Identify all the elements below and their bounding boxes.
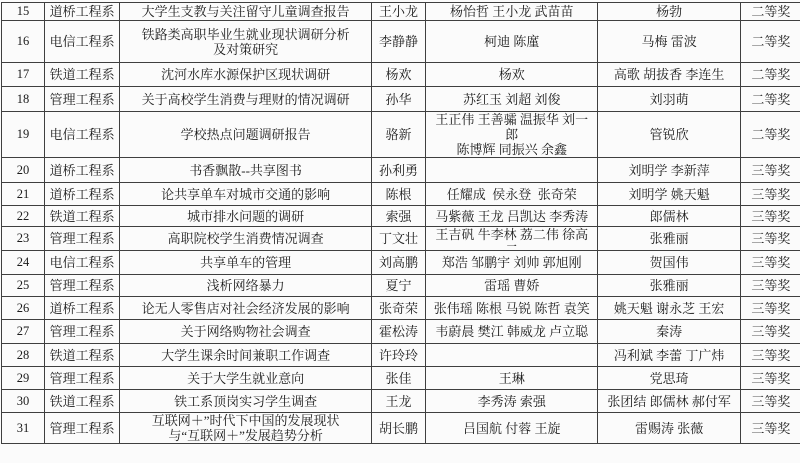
awards-table: 15道桥工程系大学生支教与关注留守儿童调查报告王小龙杨怡哲 王小龙 武苗苗杨勃二… (1, 2, 800, 444)
cell-members-text: 杨怡哲 王小龙 武苗苗 (450, 4, 574, 19)
cell-members: 张伟瑶 陈根 马锐 陈哲 袁笑 (426, 297, 598, 320)
cell-members-text: 王吉矾 牛李林 荔二伟 徐高 二 (435, 227, 588, 248)
cell-leader: 孙利勇 (371, 158, 425, 183)
cell-award-text: 二等奖 (751, 67, 790, 82)
cell-project-title: 浅析网络暴力 (120, 275, 372, 297)
cell-leader-text: 索强 (385, 209, 411, 224)
cell-award: 三等奖 (740, 390, 800, 413)
cell-leader-text: 刘高鹏 (379, 255, 418, 270)
cell-advisors: 刘羽萌 (598, 87, 740, 112)
cell-award: 三等奖 (740, 344, 800, 367)
cell-project-title: 论共享单车对城市交通的影响 (120, 183, 372, 206)
cell-department-text: 道桥工程系 (50, 163, 115, 178)
table-row: 16电信工程系铁路类高职毕业生就业现状调研分析 及对策研究李静静柯迪 陈廑马梅 … (2, 21, 800, 63)
table-row: 18管理工程系关于高校学生消费与理财的情况调研孙华苏红玉 刘超 刘俊刘羽萌二等奖 (2, 87, 800, 112)
cell-leader-text: 陈根 (385, 187, 411, 202)
cell-award-text: 三等奖 (751, 231, 790, 246)
cell-members: 王吉矾 牛李林 荔二伟 徐高 二 (426, 227, 598, 251)
cell-project-title-text: 论无人零售店对社会经济发展的影响 (142, 301, 350, 316)
cell-members: 李秀涛 索强 (426, 390, 598, 413)
cell-award: 三等奖 (740, 275, 800, 297)
cell-members: 雷瑶 曹娇 (426, 275, 598, 297)
cell-leader-text: 张佳 (385, 371, 411, 386)
cell-members: 杨怡哲 王小龙 武苗苗 (426, 3, 598, 21)
cell-leader-text: 胡长鹏 (379, 421, 418, 436)
cell-number-text: 16 (17, 34, 30, 48)
cell-award-text: 三等奖 (751, 187, 790, 202)
cell-number-text: 24 (17, 255, 30, 269)
table-row: 30铁道工程系铁工系顶岗实习学生调查王龙李秀涛 索强张团结 郎儒林 郝付军三等奖 (2, 390, 800, 413)
cell-number-text: 21 (17, 187, 30, 201)
cell-members: 王正伟 王善骦 温振华 刘一 郎 陈博辉 同振兴 余鑫 (426, 112, 598, 158)
cell-department: 电信工程系 (45, 21, 120, 63)
cell-department-text: 管理工程系 (50, 421, 115, 436)
cell-department-text: 铁道工程系 (50, 67, 115, 82)
cell-number: 22 (2, 206, 45, 227)
clipped-members-content: 王吉矾 牛李林 荔二伟 徐高 二 (428, 227, 595, 248)
cell-project-title-text: 关于网络购物社会调查 (181, 324, 311, 339)
cell-department: 道桥工程系 (45, 3, 120, 21)
cell-award-text: 二等奖 (751, 92, 790, 107)
cell-project-title: 城市排水问题的调研 (120, 206, 372, 227)
cell-project-title-text: 关于大学生就业意向 (187, 371, 304, 386)
cell-department: 管理工程系 (45, 320, 120, 344)
cell-number-text: 30 (17, 394, 30, 408)
cell-department-text: 电信工程系 (50, 34, 115, 49)
cell-advisors: 刘明学 李新萍 (598, 158, 740, 183)
cell-project-title: 高职院校学生消费情况调查 (120, 227, 372, 251)
cell-department: 管理工程系 (45, 275, 120, 297)
cell-leader: 孙华 (371, 87, 425, 112)
table-row: 21道桥工程系论共享单车对城市交通的影响陈根任耀成 侯永登 张奇荣刘明学 姚天魁… (2, 183, 800, 206)
cell-project-title-text: 共享单车的管理 (200, 255, 291, 270)
cell-number: 24 (2, 251, 45, 275)
cell-advisors-text: 郎儒林 (650, 209, 689, 224)
cell-award: 二等奖 (740, 21, 800, 63)
cell-number-text: 31 (17, 421, 30, 435)
cell-leader: 陈根 (371, 183, 425, 206)
cell-advisors: 刘明学 姚天魁 (598, 183, 740, 206)
cell-award: 二等奖 (740, 3, 800, 21)
cell-leader-text: 孙利勇 (379, 163, 418, 178)
cell-award-text: 三等奖 (751, 255, 790, 270)
cell-project-title-text: 大学生支教与关注留守儿童调查报告 (142, 4, 350, 19)
cell-project-title-text: 浅析网络暴力 (207, 278, 285, 293)
cell-department-text: 铁道工程系 (50, 209, 115, 224)
table-row: 22铁道工程系城市排水问题的调研索强马紫薇 王龙 吕凯达 李秀涛郎儒林三等奖 (2, 206, 800, 227)
cell-leader-text: 孙华 (385, 92, 411, 107)
cell-leader-text: 王龙 (385, 394, 411, 409)
cell-members-text: 王正伟 王善骦 温振华 刘一 郎 陈博辉 同振兴 余鑫 (435, 112, 588, 157)
cell-project-title-text: 高职院校学生消费情况调查 (168, 231, 324, 246)
table-row: 28铁道工程系大学生课余时间兼职工作调查许玲玲冯利斌 李蕾 丁广炜三等奖 (2, 344, 800, 367)
cell-advisors-text: 张雅丽 (650, 278, 689, 293)
cell-number-text: 28 (17, 348, 30, 362)
cell-members-text: 杨欢 (499, 67, 525, 82)
cell-project-title: 论无人零售店对社会经济发展的影响 (120, 297, 372, 320)
cell-award: 三等奖 (740, 158, 800, 183)
cell-members: 马紫薇 王龙 吕凯达 李秀涛 (426, 206, 598, 227)
cell-number: 28 (2, 344, 45, 367)
cell-project-title-text: 互联网＋”时代下中国的发展现状 与“互联网＋”发展趋势分析 (152, 413, 340, 443)
cell-advisors-text: 马梅 雷波 (641, 34, 696, 49)
cell-leader: 张佳 (371, 367, 425, 390)
awards-table-body: 15道桥工程系大学生支教与关注留守儿童调查报告王小龙杨怡哲 王小龙 武苗苗杨勃二… (2, 3, 800, 444)
cell-number: 27 (2, 320, 45, 344)
cell-department: 电信工程系 (45, 112, 120, 158)
cell-department: 道桥工程系 (45, 297, 120, 320)
cell-advisors-text: 刘明学 李新萍 (628, 163, 709, 178)
cell-members-text: 雷瑶 曹娇 (484, 278, 539, 293)
cell-members-text: 李秀涛 索强 (478, 394, 546, 409)
cell-project-title: 关于网络购物社会调查 (120, 320, 372, 344)
table-row: 19电信工程系学校热点问题调研报告骆新王正伟 王善骦 温振华 刘一 郎 陈博辉 … (2, 112, 800, 158)
cell-department-text: 管理工程系 (50, 371, 115, 386)
table-row: 17铁道工程系沈河水库水源保护区现状调研杨欢杨欢高歌 胡拔香 李连生二等奖 (2, 63, 800, 87)
cell-project-title: 沈河水库水源保护区现状调研 (120, 63, 372, 87)
cell-award: 三等奖 (740, 206, 800, 227)
cell-leader: 夏宁 (371, 275, 425, 297)
cell-leader: 王小龙 (371, 3, 425, 21)
cell-leader: 骆新 (371, 112, 425, 158)
cell-department-text: 铁道工程系 (50, 394, 115, 409)
cell-number: 16 (2, 21, 45, 63)
cell-department: 道桥工程系 (45, 158, 120, 183)
cell-leader: 张奇荣 (371, 297, 425, 320)
cell-members-text: 郑浩 邹鹏宇 刘帅 郭旭刚 (442, 255, 582, 270)
cell-award-text: 二等奖 (751, 34, 790, 49)
cell-members-text: 任耀成 侯永登 张奇荣 (447, 187, 577, 202)
cell-members (426, 344, 598, 367)
cell-award: 二等奖 (740, 112, 800, 158)
cell-number-text: 22 (17, 209, 30, 223)
cell-advisors: 张团结 郎儒林 郝付军 (598, 390, 740, 413)
cell-department: 铁道工程系 (45, 206, 120, 227)
cell-members-text: 苏红玉 刘超 刘俊 (463, 92, 561, 107)
cell-award: 三等奖 (740, 251, 800, 275)
cell-number-text: 23 (17, 231, 30, 245)
cell-number-text: 18 (17, 92, 30, 106)
cell-project-title-text: 学校热点问题调研报告 (181, 127, 311, 142)
cell-number: 26 (2, 297, 45, 320)
cell-advisors-text: 杨勃 (656, 4, 682, 19)
cell-department-text: 管理工程系 (50, 278, 115, 293)
cell-advisors-text: 姚天魁 谢永芝 王宏 (614, 301, 725, 316)
cell-number: 17 (2, 63, 45, 87)
cell-project-title-text: 关于高校学生消费与理财的情况调研 (142, 92, 350, 107)
cell-advisors: 杨勃 (598, 3, 740, 21)
cell-award: 三等奖 (740, 320, 800, 344)
cell-advisors: 贺国伟 (598, 251, 740, 275)
cell-department: 铁道工程系 (45, 344, 120, 367)
cell-number: 21 (2, 183, 45, 206)
table-row: 26道桥工程系论无人零售店对社会经济发展的影响张奇荣张伟瑶 陈根 马锐 陈哲 袁… (2, 297, 800, 320)
cell-number: 20 (2, 158, 45, 183)
table-row: 31管理工程系互联网＋”时代下中国的发展现状 与“互联网＋”发展趋势分析胡长鹏吕… (2, 413, 800, 444)
cell-number-text: 17 (17, 67, 30, 81)
cell-advisors-text: 高歌 胡拔香 李连生 (614, 67, 725, 82)
cell-advisors: 马梅 雷波 (598, 21, 740, 63)
cell-number-text: 19 (17, 127, 30, 141)
cell-award: 三等奖 (740, 367, 800, 390)
cell-advisors-text: 管锐欣 (650, 127, 689, 142)
cell-department-text: 铁道工程系 (50, 348, 115, 363)
cell-department-text: 道桥工程系 (50, 301, 115, 316)
cell-number-text: 20 (17, 163, 30, 177)
cell-advisors-text: 秦涛 (656, 324, 682, 339)
cell-award-text: 三等奖 (751, 209, 790, 224)
cell-leader: 丁文壮 (371, 227, 425, 251)
cell-project-title: 铁工系顶岗实习学生调查 (120, 390, 372, 413)
cell-award-text: 三等奖 (751, 324, 790, 339)
cell-leader: 王龙 (371, 390, 425, 413)
cell-award: 三等奖 (740, 297, 800, 320)
cell-award-text: 三等奖 (751, 421, 790, 436)
cell-members: 苏红玉 刘超 刘俊 (426, 87, 598, 112)
cell-members: 郑浩 邹鹏宇 刘帅 郭旭刚 (426, 251, 598, 275)
cell-project-title-text: 沈河水库水源保护区现状调研 (161, 67, 330, 82)
cell-number: 15 (2, 3, 45, 21)
cell-department: 管理工程系 (45, 87, 120, 112)
cell-project-title: 关于大学生就业意向 (120, 367, 372, 390)
cell-number-text: 26 (17, 301, 30, 315)
cell-members: 任耀成 侯永登 张奇荣 (426, 183, 598, 206)
cell-department-text: 道桥工程系 (50, 4, 115, 19)
cell-project-title: 互联网＋”时代下中国的发展现状 与“互联网＋”发展趋势分析 (120, 413, 372, 444)
cell-award: 二等奖 (740, 87, 800, 112)
cell-number: 23 (2, 227, 45, 251)
cell-award-text: 三等奖 (751, 301, 790, 316)
cell-award: 三等奖 (740, 183, 800, 206)
table-row: 29管理工程系关于大学生就业意向张佳王琳党思琦三等奖 (2, 367, 800, 390)
cell-members-text: 柯迪 陈廑 (484, 34, 539, 49)
cell-leader: 李静静 (371, 21, 425, 63)
cell-project-title-text: 铁路类高职毕业生就业现状调研分析 及对策研究 (142, 27, 350, 57)
cell-leader-text: 夏宁 (385, 278, 411, 293)
cell-project-title: 大学生课余时间兼职工作调查 (120, 344, 372, 367)
cell-advisors-text: 冯利斌 李蕾 丁广炜 (614, 348, 725, 363)
table-row: 27管理工程系关于网络购物社会调查霍松涛韦蔚晨 樊江 韩威龙 卢立聪秦涛三等奖 (2, 320, 800, 344)
cell-leader: 杨欢 (371, 63, 425, 87)
cell-award: 三等奖 (740, 227, 800, 251)
cell-department: 铁道工程系 (45, 390, 120, 413)
table-row: 24电信工程系共享单车的管理刘高鹏郑浩 邹鹏宇 刘帅 郭旭刚贺国伟三等奖 (2, 251, 800, 275)
cell-advisors: 冯利斌 李蕾 丁广炜 (598, 344, 740, 367)
cell-members-text: 张伟瑶 陈根 马锐 陈哲 袁笑 (434, 301, 590, 316)
cell-number: 18 (2, 87, 45, 112)
cell-department: 电信工程系 (45, 251, 120, 275)
cell-members-text: 马紫薇 王龙 吕凯达 李秀涛 (435, 209, 588, 224)
cell-project-title: 关于高校学生消费与理财的情况调研 (120, 87, 372, 112)
cell-number: 31 (2, 413, 45, 444)
cell-members: 王琳 (426, 367, 598, 390)
cell-department-text: 管理工程系 (50, 92, 115, 107)
cell-project-title-text: 城市排水问题的调研 (187, 209, 304, 224)
table-row: 15道桥工程系大学生支教与关注留守儿童调查报告王小龙杨怡哲 王小龙 武苗苗杨勃二… (2, 3, 800, 21)
cell-advisors: 姚天魁 谢永芝 王宏 (598, 297, 740, 320)
cell-members (426, 158, 598, 183)
cell-members: 杨欢 (426, 63, 598, 87)
cell-leader-text: 杨欢 (385, 67, 411, 82)
cell-award-text: 三等奖 (751, 278, 790, 293)
cell-project-title: 大学生支教与关注留守儿童调查报告 (120, 3, 372, 21)
cell-advisors-text: 张团结 郎儒林 郝付军 (607, 394, 731, 409)
cell-department-text: 管理工程系 (50, 231, 115, 246)
cell-project-title: 铁路类高职毕业生就业现状调研分析 及对策研究 (120, 21, 372, 63)
cell-leader: 刘高鹏 (371, 251, 425, 275)
table-row: 20道桥工程系书香飘散--共享图书孙利勇刘明学 李新萍三等奖 (2, 158, 800, 183)
cell-department: 管理工程系 (45, 227, 120, 251)
cell-department-text: 管理工程系 (50, 324, 115, 339)
cell-members: 吕国航 付蓉 王旋 (426, 413, 598, 444)
cell-department-text: 电信工程系 (50, 127, 115, 142)
cell-number-text: 29 (17, 371, 30, 385)
cell-advisors: 管锐欣 (598, 112, 740, 158)
cell-advisors: 党思琦 (598, 367, 740, 390)
cell-award-text: 三等奖 (751, 348, 790, 363)
cell-project-title: 书香飘散--共享图书 (120, 158, 372, 183)
cell-department: 铁道工程系 (45, 63, 120, 87)
cell-number-text: 27 (17, 324, 30, 338)
cell-department-text: 道桥工程系 (50, 187, 115, 202)
cell-leader-text: 骆新 (385, 127, 411, 142)
table-row: 25管理工程系浅析网络暴力夏宁雷瑶 曹娇张雅丽三等奖 (2, 275, 800, 297)
cell-award: 二等奖 (740, 63, 800, 87)
cell-number-text: 15 (17, 4, 30, 18)
cell-project-title-text: 大学生课余时间兼职工作调查 (161, 348, 330, 363)
cell-project-title: 共享单车的管理 (120, 251, 372, 275)
cell-leader: 许玲玲 (371, 344, 425, 367)
cell-leader-text: 李静静 (379, 34, 418, 49)
cell-leader-text: 张奇荣 (379, 301, 418, 316)
cell-advisors-text: 刘明学 姚天魁 (628, 187, 709, 202)
cell-advisors: 秦涛 (598, 320, 740, 344)
cell-number: 19 (2, 112, 45, 158)
cell-members-text: 韦蔚晨 樊江 韩威龙 卢立聪 (435, 324, 588, 339)
cell-number-text: 25 (17, 278, 30, 292)
cell-leader-text: 丁文壮 (379, 231, 418, 246)
table-row: 23管理工程系高职院校学生消费情况调查丁文壮王吉矾 牛李林 荔二伟 徐高 二张雅… (2, 227, 800, 251)
cell-project-title-text: 书香飘散--共享图书 (189, 163, 302, 178)
cell-department: 管理工程系 (45, 413, 120, 444)
cell-members-text: 吕国航 付蓉 王旋 (463, 421, 561, 436)
cell-department-text: 电信工程系 (50, 255, 115, 270)
cell-leader-text: 王小龙 (379, 4, 418, 19)
cell-project-title: 学校热点问题调研报告 (120, 112, 372, 158)
cell-award-text: 三等奖 (751, 163, 790, 178)
cell-members-text: 王琳 (499, 371, 525, 386)
cell-advisors-text: 刘羽萌 (650, 92, 689, 107)
cell-award: 三等奖 (740, 413, 800, 444)
cell-leader-text: 霍松涛 (379, 324, 418, 339)
cell-advisors: 张雅丽 (598, 275, 740, 297)
cell-award-text: 三等奖 (751, 394, 790, 409)
cell-award-text: 二等奖 (751, 127, 790, 142)
cell-project-title-text: 铁工系顶岗实习学生调查 (174, 394, 317, 409)
cell-leader-text: 许玲玲 (379, 348, 418, 363)
cell-advisors: 张雅丽 (598, 227, 740, 251)
cell-award-text: 三等奖 (751, 371, 790, 386)
cell-leader: 胡长鹏 (371, 413, 425, 444)
cell-number: 25 (2, 275, 45, 297)
cell-advisors: 郎儒林 (598, 206, 740, 227)
cell-project-title-text: 论共享单车对城市交通的影响 (161, 187, 330, 202)
cell-advisors: 雷赐涛 张薇 (598, 413, 740, 444)
cell-members: 韦蔚晨 樊江 韩威龙 卢立聪 (426, 320, 598, 344)
cell-members: 柯迪 陈廑 (426, 21, 598, 63)
cell-leader: 索强 (371, 206, 425, 227)
cell-advisors: 高歌 胡拔香 李连生 (598, 63, 740, 87)
cell-advisors-text: 党思琦 (650, 371, 689, 386)
cell-department: 管理工程系 (45, 367, 120, 390)
cell-advisors-text: 贺国伟 (650, 255, 689, 270)
cell-department: 道桥工程系 (45, 183, 120, 206)
cell-advisors-text: 张雅丽 (650, 231, 689, 246)
cell-number: 30 (2, 390, 45, 413)
cell-advisors-text: 雷赐涛 张薇 (635, 421, 703, 436)
cell-number: 29 (2, 367, 45, 390)
cell-leader: 霍松涛 (371, 320, 425, 344)
cell-award-text: 二等奖 (751, 4, 790, 19)
